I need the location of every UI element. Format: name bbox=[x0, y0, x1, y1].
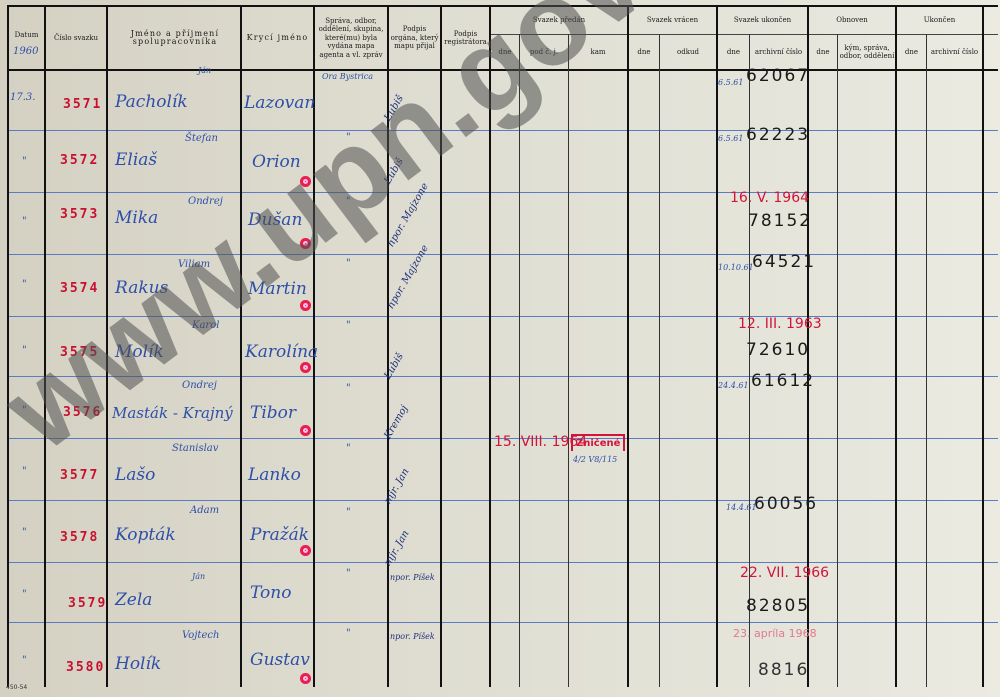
row-datum: " bbox=[22, 345, 27, 356]
col-line bbox=[7, 5, 9, 687]
red-dot-marker bbox=[300, 545, 311, 556]
col-line bbox=[519, 34, 520, 687]
header-obnoven: Obnoven bbox=[809, 7, 895, 34]
header-ukoncen2: Ukončen bbox=[897, 7, 982, 34]
header-cislo-svazku: Číslo svazku bbox=[46, 7, 106, 69]
row-cover-name: Karolína bbox=[245, 342, 318, 362]
row-cover-name: Tono bbox=[250, 583, 291, 603]
row-cislo: 3571 bbox=[63, 97, 102, 112]
row-cover-name: Lazovan bbox=[244, 93, 315, 113]
row-surname: Rakus bbox=[115, 278, 168, 298]
row-archivni-cislo: 60056 bbox=[754, 494, 818, 514]
header-sprava: Správa, odbor, oddělení, skupina, které(… bbox=[315, 7, 387, 69]
row-surname: Eliaš bbox=[115, 150, 157, 170]
row-sprava: " bbox=[346, 258, 351, 269]
row-first-name: Adam bbox=[190, 505, 219, 516]
row-line bbox=[8, 500, 998, 501]
row-sprava: " bbox=[346, 132, 351, 143]
destroyed-stamp: Zničené bbox=[571, 434, 625, 451]
closed-date-stamp: 12. III. 1963 bbox=[738, 316, 822, 332]
row-sprava: " bbox=[346, 320, 351, 331]
row-datum: " bbox=[22, 527, 27, 538]
row-datum: " bbox=[22, 405, 27, 416]
row-line bbox=[8, 316, 998, 317]
col-line bbox=[489, 5, 491, 687]
registry-form: Datum 1960 Číslo svazku Jméno a příjmení… bbox=[0, 0, 1000, 697]
row-surname: Holík bbox=[115, 654, 161, 674]
row-surname: Kopták bbox=[115, 525, 176, 545]
header-vracen-odkud: odkud bbox=[660, 35, 716, 69]
col-line bbox=[44, 5, 46, 687]
row-first-name: Ondrej bbox=[182, 380, 217, 391]
row-first-name: Stanislav bbox=[172, 443, 218, 454]
row-ukoncen-dne: 6.5.61 bbox=[718, 134, 743, 143]
red-dot-marker bbox=[300, 362, 311, 373]
header-obnoven-kym: kým, správa, odbor, oddělení bbox=[839, 35, 895, 69]
row-sprava: " bbox=[346, 196, 351, 207]
row-surname: Pacholík bbox=[115, 92, 188, 112]
row-cislo: 3574 bbox=[60, 281, 99, 296]
row-surname: Masták - Krajný bbox=[112, 404, 233, 422]
row-line bbox=[8, 130, 998, 131]
header-bottom-border bbox=[8, 69, 998, 71]
row-cover-name: Lanko bbox=[248, 465, 301, 485]
row-datum: " bbox=[22, 589, 27, 600]
header-ukoncen-dne: dne bbox=[718, 35, 749, 69]
header-predan-pod-cj: pod č. j. bbox=[520, 35, 568, 69]
row-cislo: 3572 bbox=[60, 153, 99, 168]
closed-date-stamp: 22. VII. 1966 bbox=[740, 565, 829, 581]
row-datum: " bbox=[22, 655, 27, 666]
red-dot-marker bbox=[300, 238, 311, 249]
row-line bbox=[8, 562, 998, 563]
handed-over-reference: 4/2 V8/115 bbox=[573, 455, 617, 464]
row-sprava: " bbox=[346, 507, 351, 518]
row-cover-name: Gustav bbox=[250, 650, 310, 670]
row-archivni-cislo: 78152 bbox=[748, 211, 812, 231]
row-first-name: Karol bbox=[192, 320, 219, 331]
col-line bbox=[926, 34, 927, 687]
header-svazek-ukoncen: Svazek ukončen bbox=[718, 7, 807, 34]
row-cover-name: Martin bbox=[248, 279, 307, 299]
row-first-name: Štefan bbox=[185, 133, 218, 144]
row-archivni-cislo: 62067 bbox=[746, 66, 810, 86]
red-dot-marker bbox=[300, 425, 311, 436]
row-sprava: " bbox=[346, 568, 351, 579]
col-line bbox=[627, 5, 629, 687]
row-cover-name: Dušan bbox=[248, 210, 302, 230]
row-cislo: 3575 bbox=[60, 345, 99, 360]
row-surname: Lašo bbox=[115, 465, 155, 485]
row-first-name: Ondrej bbox=[188, 196, 223, 207]
header-svazek-vracen: Svazek vrácen bbox=[629, 7, 716, 34]
col-line bbox=[716, 5, 718, 687]
row-first-name: Viliam bbox=[178, 259, 210, 270]
header-vracen-dne: dne bbox=[629, 35, 659, 69]
col-line bbox=[982, 5, 984, 687]
red-dot-marker bbox=[300, 300, 311, 311]
col-line bbox=[659, 34, 660, 687]
row-cislo: 3579 bbox=[68, 596, 107, 611]
row-signature: Lubiš bbox=[382, 156, 405, 186]
row-line bbox=[8, 622, 998, 623]
closed-date-stamp: 23. apríla 1968 bbox=[733, 627, 817, 640]
col-line bbox=[837, 34, 838, 687]
row-ukoncen-dne: 6.5.61 bbox=[718, 78, 743, 87]
row-sprava: " bbox=[346, 383, 351, 394]
header-ukoncen-archivni-cislo: archivní číslo bbox=[750, 35, 807, 69]
header-ukoncen2-dne: dne bbox=[897, 35, 926, 69]
row-datum: " bbox=[22, 216, 27, 227]
red-dot-marker bbox=[300, 673, 311, 684]
col-line bbox=[568, 34, 569, 687]
row-archivni-cislo: 72610 bbox=[746, 340, 810, 360]
header-kryci-jmeno: Krycí jméno bbox=[242, 7, 313, 69]
row-first-name: Ján bbox=[198, 66, 211, 75]
row-archivni-cislo: 61612 bbox=[751, 371, 815, 391]
row-line bbox=[8, 376, 998, 377]
header-predan-dne: dne bbox=[491, 35, 519, 69]
header-podpis-organa: Podpis orgána, který mapu přijal bbox=[389, 7, 440, 69]
row-datum: 17.3. bbox=[10, 92, 35, 103]
col-line bbox=[106, 5, 108, 687]
row-cover-name: Orion bbox=[252, 152, 301, 172]
row-cislo: 3573 bbox=[60, 207, 99, 222]
row-signature: npor. Píšek bbox=[390, 632, 440, 641]
row-sprava: " bbox=[346, 443, 351, 454]
col-line bbox=[440, 5, 442, 687]
row-first-name: Ján bbox=[192, 572, 205, 581]
row-cover-name: Tibor bbox=[250, 403, 296, 423]
header-svazek-predan: Svazek předán bbox=[491, 7, 627, 34]
row-cislo: 3577 bbox=[60, 468, 99, 483]
col-line bbox=[240, 5, 242, 687]
row-signature: Lubiš bbox=[382, 93, 405, 123]
header-ukoncen2-archivni-cislo: archivní číslo bbox=[927, 35, 982, 69]
header-predan-kam: kam bbox=[569, 35, 627, 69]
col-line bbox=[895, 5, 897, 687]
row-surname: Molík bbox=[115, 342, 164, 362]
row-datum: " bbox=[22, 279, 27, 290]
row-line bbox=[8, 192, 998, 193]
header-obnoven-dne: dne bbox=[809, 35, 837, 69]
row-first-name: Vojtech bbox=[182, 630, 219, 641]
row-ukoncen-dne: 14.4.61 bbox=[726, 503, 757, 512]
closed-date-stamp: 16. V. 1964 bbox=[730, 190, 809, 206]
row-ukoncen-dne: 24.4.61 bbox=[718, 381, 749, 390]
header-podpis-registratora: Podpis registrátora bbox=[442, 7, 489, 69]
row-line bbox=[8, 254, 998, 255]
header-jmeno: Jméno a příjmení spolupracovníka bbox=[115, 7, 235, 69]
form-code: 450-54 bbox=[6, 684, 27, 691]
row-cislo: 3580 bbox=[66, 660, 105, 675]
row-ukoncen-dne: 10.10.61 bbox=[718, 263, 754, 272]
row-archivni-cislo: 82805 bbox=[746, 596, 810, 616]
row-surname: Mika bbox=[115, 208, 158, 228]
red-dot-marker bbox=[300, 176, 311, 187]
row-sprava: Ora Bystrica bbox=[322, 72, 373, 81]
row-surname: Zela bbox=[115, 590, 152, 610]
row-signature: npor. Píšek bbox=[390, 573, 440, 582]
row-cover-name: Pražák bbox=[250, 525, 309, 545]
row-datum: " bbox=[22, 466, 27, 477]
year-note: 1960 bbox=[13, 46, 38, 57]
row-cislo: 3576 bbox=[63, 405, 102, 420]
row-datum: " bbox=[22, 156, 27, 167]
row-archivni-cislo: 64521 bbox=[752, 252, 816, 272]
header-datum: Datum bbox=[9, 25, 44, 45]
row-sprava: " bbox=[346, 628, 351, 639]
row-archivni-cislo: 62223 bbox=[746, 125, 810, 145]
row-archivni-cislo: 8816 bbox=[758, 660, 809, 680]
row-cislo: 3578 bbox=[60, 530, 99, 545]
